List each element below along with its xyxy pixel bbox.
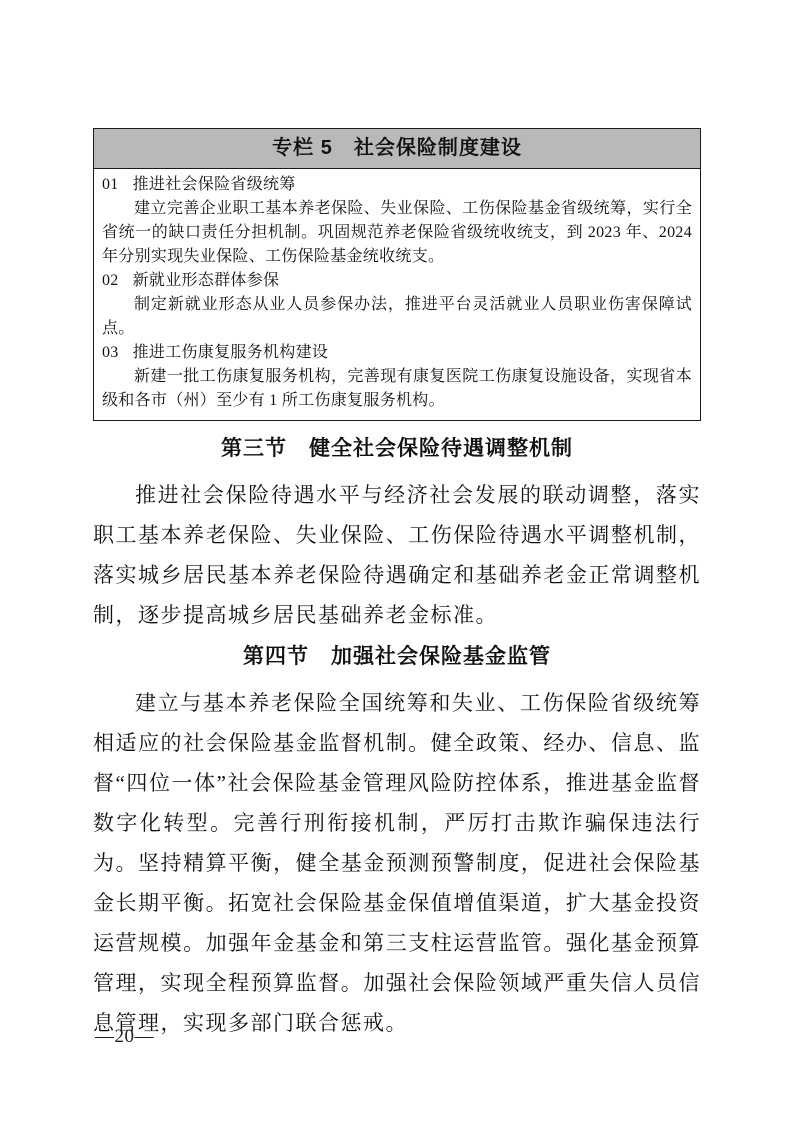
box-item-2: 02 新就业形态群体参保 制定新就业形态从业人员参保办法，推进平台灵活就业人员职… <box>102 269 692 341</box>
box-item-title: 推进工伤康复服务机构建设 <box>133 341 329 365</box>
section-4-heading: 第四节 加强社会保险基金监管 <box>93 643 701 671</box>
document-page: 专栏 5 社会保险制度建设 01 推进社会保险省级统筹 建立完善企业职工基本养老… <box>0 0 793 1122</box>
box-item-3: 03 推进工伤康复服务机构建设 新建一批工伤康复服务机构，完善现有康复医院工伤康… <box>102 341 692 413</box>
box-item-heading-row: 01 推进社会保险省级统筹 <box>102 173 692 197</box>
page-content: 专栏 5 社会保险制度建设 01 推进社会保险省级统筹 建立完善企业职工基本养老… <box>93 128 701 1043</box>
section-3-heading: 第三节 健全社会保险待遇调整机制 <box>93 435 701 463</box>
box-item-number: 01 <box>102 173 119 197</box>
column-box-content: 01 推进社会保险省级统筹 建立完善企业职工基本养老保险、失业保险、工伤保险基金… <box>94 169 700 420</box>
box-item-title: 新就业形态群体参保 <box>133 269 280 293</box>
box-item-body: 建立完善企业职工基本养老保险、失业保险、工伤保险基金省级统筹，实行全省统一的缺口… <box>102 197 692 269</box>
box-item-number: 03 <box>102 341 119 365</box>
box-item-heading-row: 03 推进工伤康复服务机构建设 <box>102 341 692 365</box>
box-item-heading-row: 02 新就业形态群体参保 <box>102 269 692 293</box>
section-3-paragraph: 推进社会保险待遇水平与经济社会发展的联动调整，落实职工基本养老保险、失业保险、工… <box>93 475 701 635</box>
box-item-body: 新建一批工伤康复服务机构，完善现有康复医院工伤康复设施设备，实现省本级和各市（州… <box>102 365 692 413</box>
column-5-box: 专栏 5 社会保险制度建设 01 推进社会保险省级统筹 建立完善企业职工基本养老… <box>93 128 701 421</box>
box-item-body: 制定新就业形态从业人员参保办法，推进平台灵活就业人员职业伤害保障试点。 <box>102 293 692 341</box>
box-item-number: 02 <box>102 269 119 293</box>
column-box-title: 专栏 5 社会保险制度建设 <box>94 129 700 169</box>
page-number: —20— <box>95 1026 154 1048</box>
box-item-title: 推进社会保险省级统筹 <box>133 173 296 197</box>
section-4-paragraph: 建立与基本养老保险全国统筹和失业、工伤保险省级统筹相适应的社会保险基金监督机制。… <box>93 683 701 1043</box>
box-item-1: 01 推进社会保险省级统筹 建立完善企业职工基本养老保险、失业保险、工伤保险基金… <box>102 173 692 269</box>
